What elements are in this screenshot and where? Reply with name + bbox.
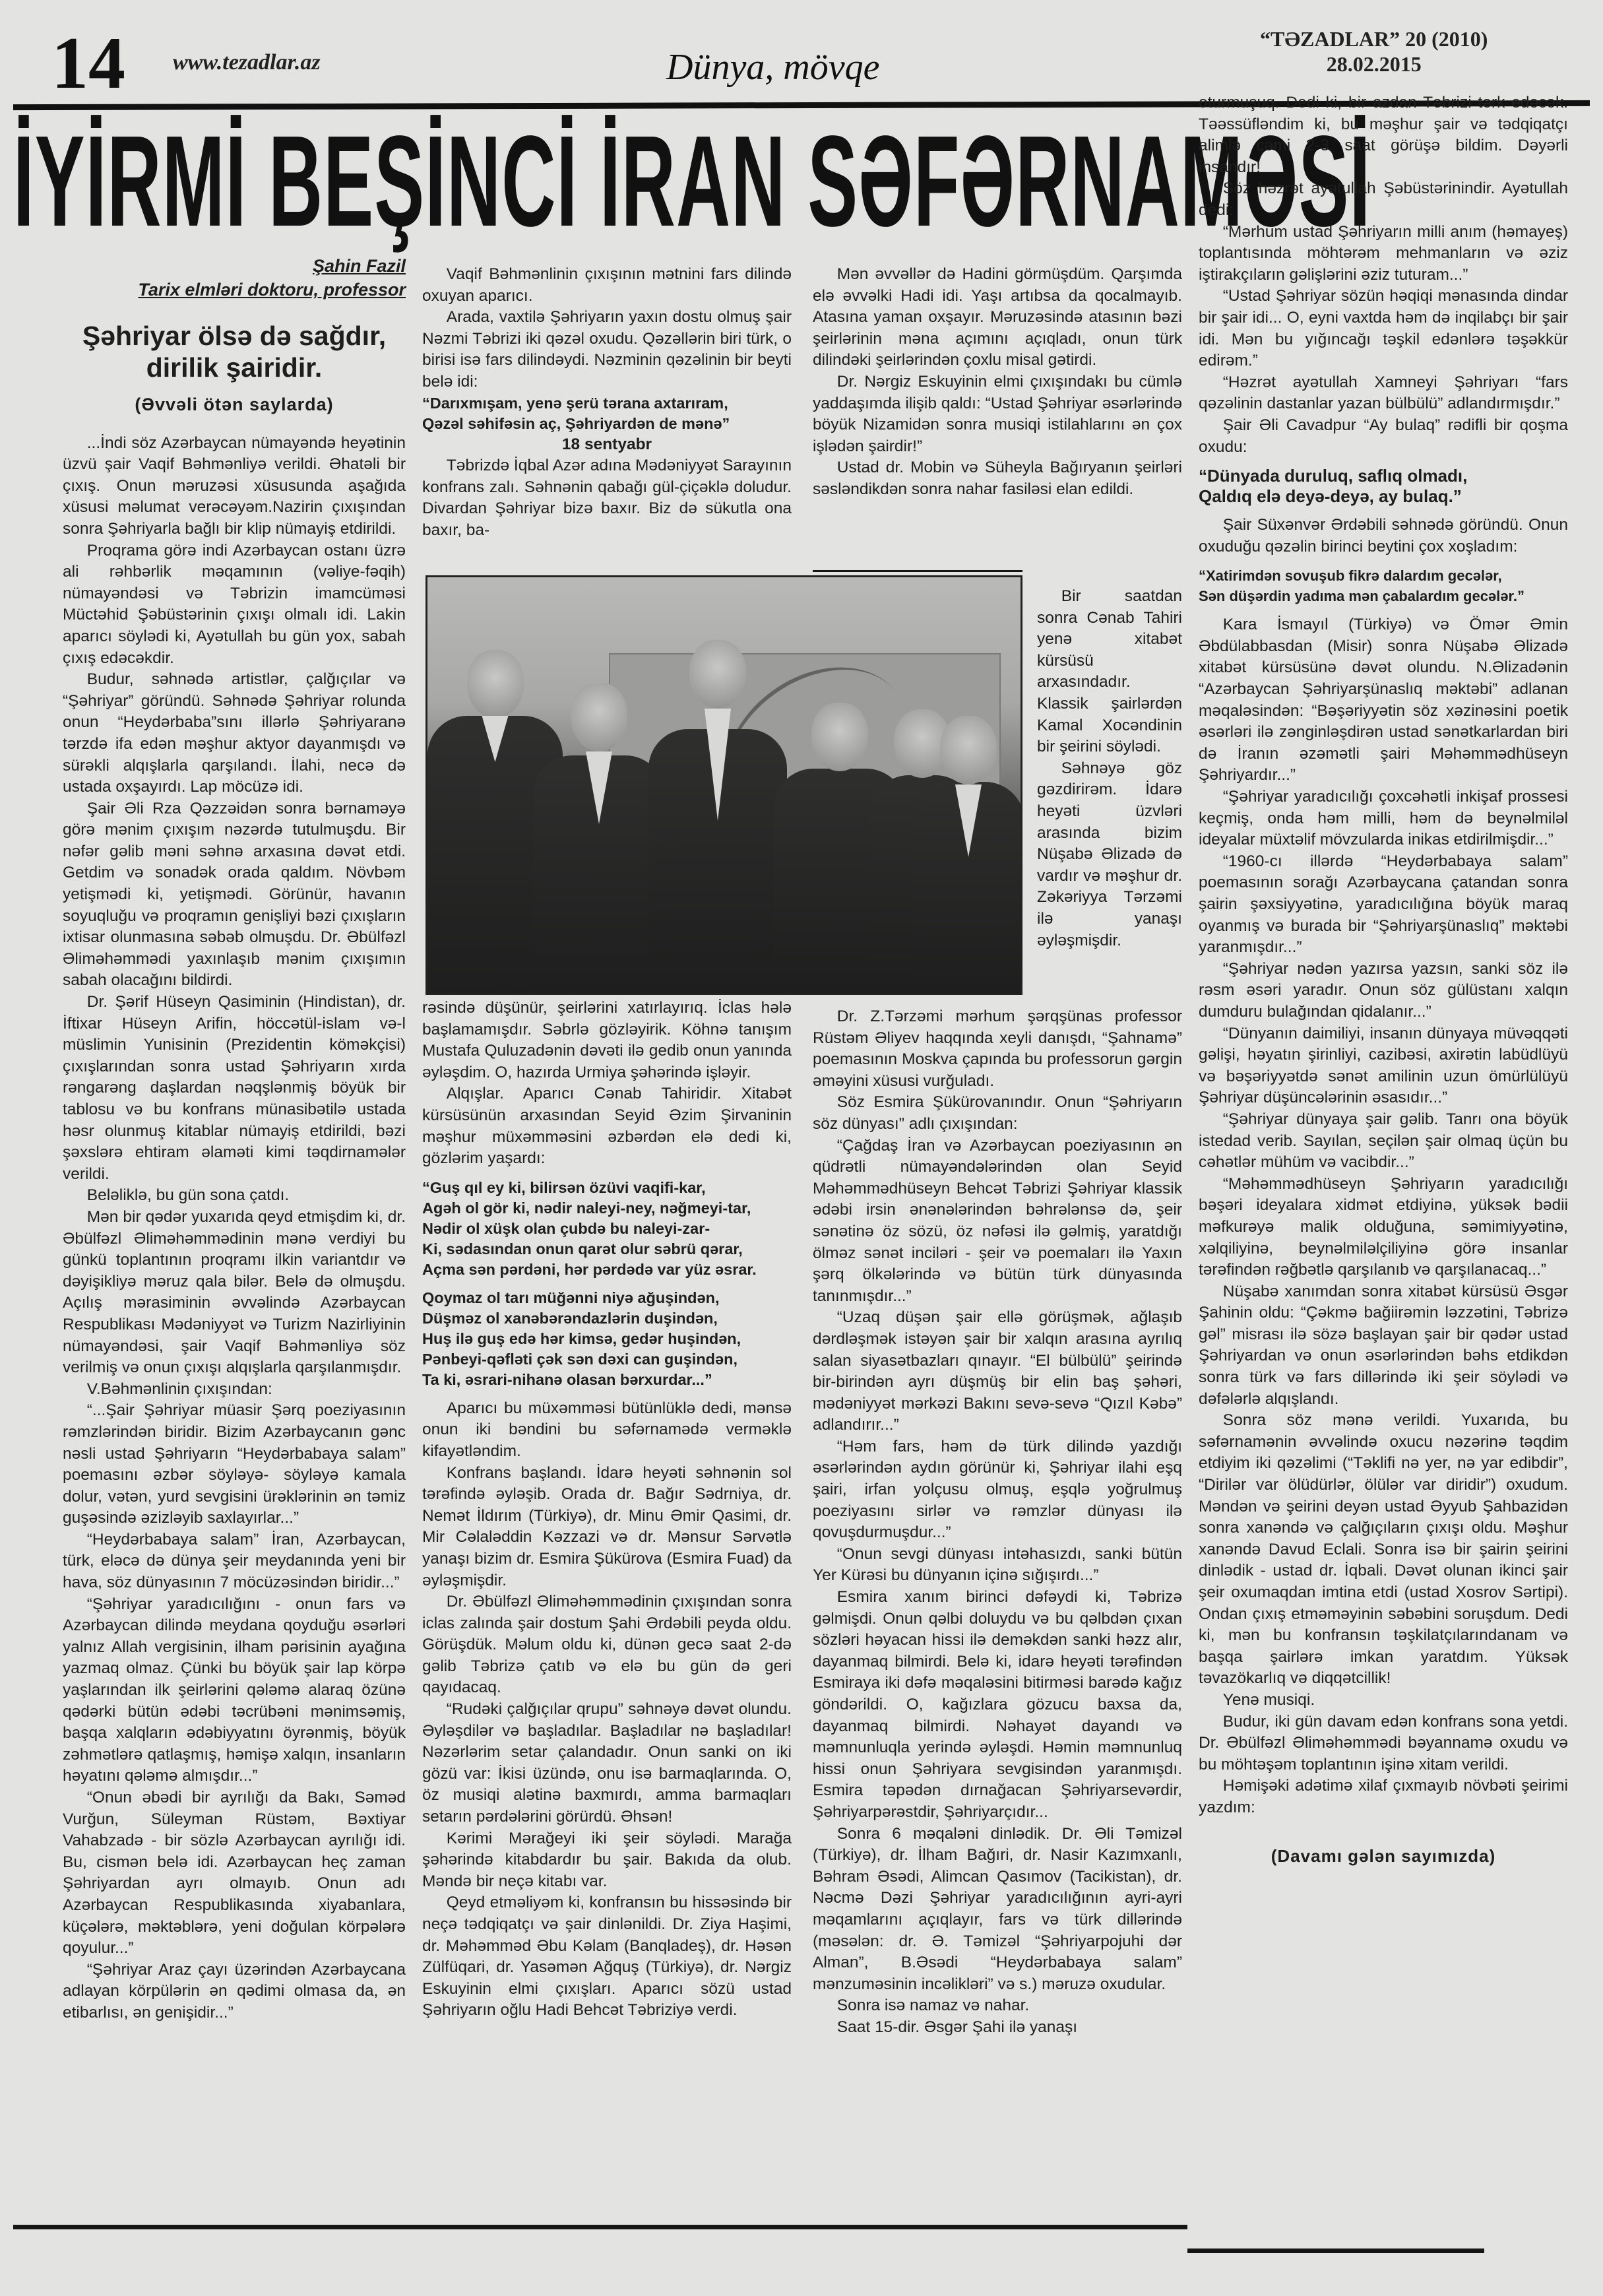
paragraph: “Ustad Şəhriyar sözün həqiqi mənasında d…	[1199, 286, 1568, 371]
paragraph: Proqrama görə indi Azərbaycan ostanı üzr…	[63, 540, 406, 670]
photo-top-rule	[813, 570, 1022, 572]
paragraph: Təbrizdə İqbal Azər adına Mədəniyyət Sar…	[422, 455, 792, 541]
verse-line: Agəh ol gör ki, nədir naleyi-ney, nəğmey…	[422, 1198, 792, 1219]
paragraph: Həmişəki adətimə xilaf çıxmayıb növbəti …	[1199, 1775, 1568, 1818]
author-name: Şahin Fazil	[63, 254, 406, 278]
subheadline: Şəhriyar ölsə də sağdır, dirilik şairidi…	[63, 320, 406, 383]
paragraph: “Onun sevgi dünyası intəhasızdı, sanki b…	[813, 1544, 1182, 1587]
paragraph: “Çağdaş İran və Azərbaycan poeziyasının …	[813, 1135, 1182, 1308]
paragraph: Şair Süxənvər Ərdəbili səhnədə göründü. …	[1199, 515, 1568, 558]
verse-line: Düşməz ol xanəbərəndazlərin duşindən,	[422, 1308, 792, 1329]
column-1: Şahin Fazil Tarix elmləri doktoru, profe…	[63, 254, 406, 2024]
continued-from: (Əvvəli ötən saylarda)	[63, 394, 406, 416]
paragraph: Şair Əli Cavadpur “Ay bulaq” rədifli bir…	[1199, 415, 1568, 458]
verse-line: “Xatirimdən sovuşub fikrə dalardım gecəl…	[1199, 565, 1568, 586]
website-url: www.tezadlar.az	[173, 50, 321, 75]
verse-line: Sən düşərdin yadıma mən çabalardım gecəl…	[1199, 586, 1568, 606]
verse-line: Ki, sədasından onun qarət olur səbrü qər…	[422, 1239, 792, 1260]
verse-line: Qaldıq elə deyə-deyə, ay bulaq.”	[1199, 486, 1568, 507]
paragraph: “Şəhriyar yaradıcılığı çoxcəhətli inkişa…	[1199, 786, 1568, 851]
paragraph: “Onun əbədi bir ayrılığı da Bakı, Səməd …	[63, 1787, 406, 1960]
paragraph: Şair Əli Rza Qəzzəidən sonra bərnaməyə g…	[63, 798, 406, 992]
paragraph: “Həzrət ayətullah Xamneyi Şəhriyarı “far…	[1199, 372, 1568, 415]
paragraph: Nüşabə xanımdan sonra xitabət kürsüsü Əs…	[1199, 1281, 1568, 1411]
paragraph: Sonra isə namaz və nahar.	[813, 1995, 1182, 2017]
verse-line: Qoymaz ol tarı müğənni niyə ağuşindən,	[422, 1288, 792, 1308]
column-3-beside-photo: Bir saatdan sonra Cənab Tahiri yenə xita…	[1037, 586, 1182, 951]
paragraph: V.Bəhmənlinin çıxışından:	[63, 1379, 406, 1401]
group-photo	[425, 575, 1022, 995]
continued-to: (Davamı gələn sayımızda)	[1199, 1845, 1568, 1867]
paragraph: Aparıcı bu müxəmməsi bütünlüklə dedi, mə…	[422, 1398, 792, 1463]
paragraph: rəsində düşünür, şeirlərini xatırlayırıq…	[422, 998, 792, 1083]
paragraph: Saat 15-dir. Əsgər Şahi ilə yanaşı	[813, 2017, 1182, 2039]
paragraph: Budur, iki gün davam edən konfrans sona …	[1199, 1711, 1568, 1776]
paragraph: Budur, səhnədə artistlər, çalğıçılar və …	[63, 669, 406, 798]
verse-line: Nədir ol xüşk olan çubdə bu naleyi-zar-	[422, 1219, 792, 1239]
paragraph: Ustad dr. Mobin və Süheyla Bağıryanın şe…	[813, 457, 1182, 500]
paragraph: Konfrans başlandı. İdarə heyəti səhnənin…	[422, 1463, 792, 1592]
bottom-rule-right	[1187, 2248, 1484, 2253]
verse-block: “Dünyada duruluq, saflıq olmadı, Qaldıq …	[1199, 466, 1568, 507]
column-3-top: Mən əvvəllər də Hadini görmüşdüm. Qarşım…	[813, 264, 1182, 501]
paragraph: “...Şair Şəhriyar müasir Şərq poeziyasın…	[63, 1400, 406, 1529]
paragraph: “Şəhriyar yaradıcılığını - onun fars və …	[63, 1594, 406, 1787]
paragraph: “Şəhriyar dünyaya şair gəlib. Tanrı ona …	[1199, 1109, 1568, 1174]
verse-block: “Guş qıl ey ki, bilirsən özüvi vaqifi-ka…	[422, 1178, 792, 1280]
article-headline: İYİRMİ BEŞİNCİ İRAN SƏFƏRNAMƏSİ	[13, 112, 675, 251]
verse-line: Açma sən pərdəni, hər pərdədə var yüz əs…	[422, 1260, 792, 1280]
paragraph: Söz Esmira Şükürovanındır. Onun “Şəhriya…	[813, 1092, 1182, 1135]
person-6	[912, 716, 1022, 993]
paragraph: “Heydərbabaya salam” İran, Azərbaycan, t…	[63, 1529, 406, 1594]
paragraph: Dr. Z.Tərzəmi mərhum şərqşünas professor…	[813, 1006, 1182, 1092]
newspaper-page: 14 www.tezadlar.az Dünya, mövqe “TƏZADLA…	[0, 0, 1603, 2296]
verse-line: Qəzəl səhifəsin aç, Şəhriyardən de mənə”	[422, 414, 792, 434]
paragraph: “Şəhriyar nədən yazırsa yazsın, sanki sö…	[1199, 959, 1568, 1023]
column-2-bottom: rəsində düşünür, şeirlərini xatırlayırıq…	[422, 998, 792, 2022]
paragraph: “Məhəmmədhüseyn Şəhriyarın yaradıcılığı …	[1199, 1174, 1568, 1281]
paragraph: “1960-cı illərdə “Heydərbabaya salam” po…	[1199, 851, 1568, 959]
paragraph: Vaqif Bəhmənlinin çıxışının mətnini fars…	[422, 264, 792, 307]
verse-line: “Guş qıl ey ki, bilirsən özüvi vaqifi-ka…	[422, 1178, 792, 1198]
column-3-bottom: Dr. Z.Tərzəmi mərhum şərqşünas professor…	[813, 1006, 1182, 2039]
issue-info: “TƏZADLAR” 20 (2010) 28.02.2015	[1260, 26, 1488, 77]
paragraph: Səhnəyə göz gəzdirirəm. İdarə heyəti üzv…	[1037, 758, 1182, 951]
person-3	[648, 640, 787, 993]
paragraph: Alqışlar. Aparıcı Cənab Tahiridir. Xitab…	[422, 1083, 792, 1169]
paragraph: “Həm fars, həm də türk dilində yazdığı ə…	[813, 1436, 1182, 1544]
paragraph: Söz həzrət ayətullah Şəbüstərinindir. Ay…	[1199, 178, 1568, 221]
paragraph: Arada, vaxtilə Şəhriyarın yaxın dostu ol…	[422, 307, 792, 393]
paragraph: Kərimi Mərağeyi iki şeir söylədi. Marağa…	[422, 1828, 792, 1893]
paragraph: Esmira xanım birinci dəfəydi ki, Təbrizə…	[813, 1587, 1182, 1824]
paragraph: oturmuşuq. Dedi ki, bir azdan Təbrizi tə…	[1199, 92, 1568, 178]
verse-line: Ta ki, əsrari-nihanə olasan bərxurdar...…	[422, 1370, 792, 1390]
paragraph: Kara İsmayıl (Türkiyə) və Ömər Əmin Əbdü…	[1199, 614, 1568, 786]
paragraph: Beləliklə, bu gün sona çatdı.	[63, 1185, 406, 1207]
paragraph: Sonra 6 məqaləni dinlədik. Dr. Əli Təmiz…	[813, 1824, 1182, 1996]
paragraph: Dr. Nərgiz Eskuyinin elmi çıxışındakı bu…	[813, 371, 1182, 457]
paragraph: “Mərhum ustad Şəhriyarın milli anım (həm…	[1199, 222, 1568, 286]
verse-block: “Darıxmışam, yenə şerü tərana axtarıram,…	[422, 393, 792, 434]
verse-block: Qoymaz ol tarı müğənni niyə ağuşindən, D…	[422, 1288, 792, 1390]
verse-line: Huş ilə guş edə hər kimsə, gedər huşində…	[422, 1329, 792, 1349]
paragraph: Bir saatdan sonra Cənab Tahiri yenə xita…	[1037, 586, 1182, 758]
paragraph: Mən əvvəllər də Hadini görmüşdüm. Qarşım…	[813, 264, 1182, 371]
paragraph: “Şəhriyar Araz çayı üzərindən Azərbaycan…	[63, 1960, 406, 2024]
paragraph: “Uzaq düşən şair ellə görüşmək, ağlaşıb …	[813, 1307, 1182, 1436]
column-4: oturmuşuq. Dedi ki, bir azdan Təbrizi tə…	[1199, 92, 1568, 1866]
paragraph: Qeyd etməliyəm ki, konfransın bu hissəsi…	[422, 1892, 792, 2022]
issue-line: “TƏZADLAR” 20 (2010)	[1260, 26, 1488, 51]
paragraph: Dr. Əbülfəzl Əliməhəmmədinin çıxışından …	[422, 1591, 792, 1699]
paragraph: Dr. Şərif Hüseyn Qasiminin (Hindistan), …	[63, 992, 406, 1185]
section-title: Dünya, mövqe	[666, 46, 879, 88]
bottom-rule-left	[13, 2225, 1187, 2229]
issue-date: 28.02.2015	[1260, 51, 1488, 77]
paragraph: ...İndi söz Azərbaycan nümayəndə heyətin…	[63, 433, 406, 540]
verse-block: “Xatirimdən sovuşub fikrə dalardım gecəl…	[1199, 565, 1568, 606]
dateline: 18 sentyabr	[422, 434, 792, 456]
person-2	[533, 683, 665, 993]
paragraph: “Rudəki çalğıçılar qrupu” səhnəyə dəvət …	[422, 1699, 792, 1828]
verse-line: “Dünyada duruluq, saflıq olmadı,	[1199, 466, 1568, 486]
paragraph: Mən bir qədər yuxarıda qeyd etmişdim ki,…	[63, 1207, 406, 1379]
column-2-top: Vaqif Bəhmənlinin çıxışının mətnini fars…	[422, 264, 792, 542]
verse-line: “Darıxmışam, yenə şerü tərana axtarıram,	[422, 393, 792, 414]
paragraph: Yenə musiqi.	[1199, 1690, 1568, 1711]
paragraph: “Dünyanın daimiliyi, insanın dünyaya müv…	[1199, 1023, 1568, 1109]
page-number: 14	[51, 26, 125, 100]
author-title: Tarix elmləri doktoru, professor	[63, 278, 406, 302]
paragraph: Sonra söz mənə verildi. Yuxarıda, bu səf…	[1199, 1410, 1568, 1690]
verse-line: Pənbeyi-qəfləti çək sən dəxi can guşində…	[422, 1349, 792, 1370]
